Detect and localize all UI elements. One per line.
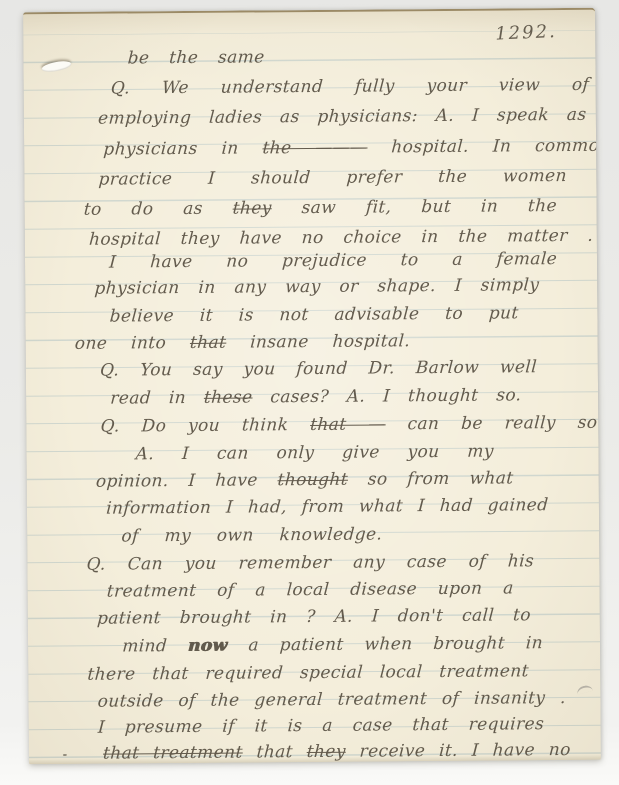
handwritten-line: mind now a patient when brought in xyxy=(121,633,543,662)
hand-text: employing ladies as physicians: A. I spe… xyxy=(97,105,587,129)
hand-text: believe it is not advisable to put xyxy=(109,303,519,326)
overwritten-word: now xyxy=(187,636,228,656)
handwritten-line: physicians in the ——— hospital. In commo… xyxy=(102,136,601,166)
hand-text: patient brought in ? A. I don't call to xyxy=(96,605,531,628)
page-number: 1292. xyxy=(495,21,557,45)
hand-text: so from what xyxy=(347,468,514,489)
hand-text: one into xyxy=(74,333,190,354)
handwritten-line: Q. Do you think that — can be really so? xyxy=(100,413,601,443)
hand-text: a patient when brought in xyxy=(227,633,544,655)
hand-text: Q. Can you remember any case of his xyxy=(86,551,535,575)
hand-text: cases? A. I thought so. xyxy=(252,385,522,407)
handwritten-line: Q. You say you found Dr. Barlow well xyxy=(99,357,538,386)
stray-ink-dot xyxy=(63,754,67,756)
hand-text: treatment of a local disease upon a xyxy=(106,578,514,601)
struck-word: that — xyxy=(310,414,387,435)
margin-pencil-mark xyxy=(576,684,593,695)
hand-text: practice I should prefer the women xyxy=(98,166,568,190)
handwritten-line: believe it is not advisable to put xyxy=(109,303,520,332)
handwritten-line: employing ladies as physicians: A. I spe… xyxy=(97,105,587,135)
hand-text: saw fit, but in the xyxy=(271,196,558,218)
struck-word: they xyxy=(232,198,272,218)
handwritten-line: to do as they saw fit, but in the xyxy=(83,196,558,226)
hand-text: hospital. In common xyxy=(367,136,601,158)
manuscript-page: 1292. be the sameQ. We understand fully … xyxy=(23,8,601,764)
hand-text: to do as xyxy=(83,199,233,220)
hand-text: Q. We understand fully your view of xyxy=(110,75,590,99)
hand-text: can be really so? xyxy=(385,413,601,435)
hand-text: Q. Do you think xyxy=(100,415,311,437)
hand-text: there that required special local treatm… xyxy=(87,661,530,684)
struck-word: thought xyxy=(277,470,349,491)
hand-text: information I had, from what I had gaine… xyxy=(106,495,550,518)
handwritten-line: patient brought in ? A. I don't call to xyxy=(96,605,531,634)
hand-text: of my own knowledge. xyxy=(121,524,383,546)
handwritten-line: information I had, from what I had gaine… xyxy=(105,495,549,524)
handwritten-line: Q. Can you remember any case of his xyxy=(86,551,535,581)
hand-text: opinion. I have xyxy=(95,470,278,491)
struck-word: that xyxy=(189,333,227,353)
paper-tear-mark xyxy=(41,59,72,73)
handwritten-line: one into that insane hospital. xyxy=(74,331,411,360)
handwritten-line: I have no prejudice to a female xyxy=(108,249,558,279)
handwritten-line: practice I should prefer the women xyxy=(98,166,568,196)
hand-text: read in xyxy=(110,388,205,409)
hand-text: I presume if it is a case that requires xyxy=(97,714,545,738)
handwritten-line: physician in any way or shape. I simply xyxy=(93,275,539,305)
handwritten-line: I presume if it is a case that requires xyxy=(97,714,545,744)
handwritten-text: be the sameQ. We understand fully your v… xyxy=(23,10,595,14)
handwritten-line: Q. We understand fully your view of xyxy=(110,75,590,105)
handwritten-line: read in these cases? A. I thought so. xyxy=(109,385,522,414)
hand-text: I have no prejudice to a female xyxy=(109,249,558,273)
hand-text: physicians in xyxy=(103,138,263,159)
struck-word: these xyxy=(203,387,253,407)
hand-text: insane hospital. xyxy=(226,331,411,352)
hand-text: physician in any way or shape. I simply xyxy=(94,275,540,299)
handwritten-line: of my own knowledge. xyxy=(120,524,383,552)
scan-background: 1292. be the sameQ. We understand fully … xyxy=(0,0,619,785)
handwritten-line: opinion. I have thought so from what xyxy=(95,468,514,497)
handwritten-line: A. I can only give you my xyxy=(135,442,495,471)
hand-text: be the same xyxy=(127,47,265,68)
hand-text: A. I can only give you my xyxy=(135,442,494,465)
hand-text: outside of the general treatment of insa… xyxy=(97,688,567,712)
hand-text: Q. You say you found Dr. Barlow well xyxy=(99,357,537,380)
hand-text: hospital they have no choice in the matt… xyxy=(88,226,594,250)
handwritten-line: be the same xyxy=(127,47,266,74)
handwritten-line: treatment of a local disease upon a xyxy=(106,578,515,607)
handwritten-line: there that required special local treatm… xyxy=(86,661,529,690)
hand-text: mind xyxy=(122,636,189,657)
struck-word: the ——— xyxy=(262,138,368,159)
handwritten-line: outside of the general treatment of insa… xyxy=(97,688,567,718)
